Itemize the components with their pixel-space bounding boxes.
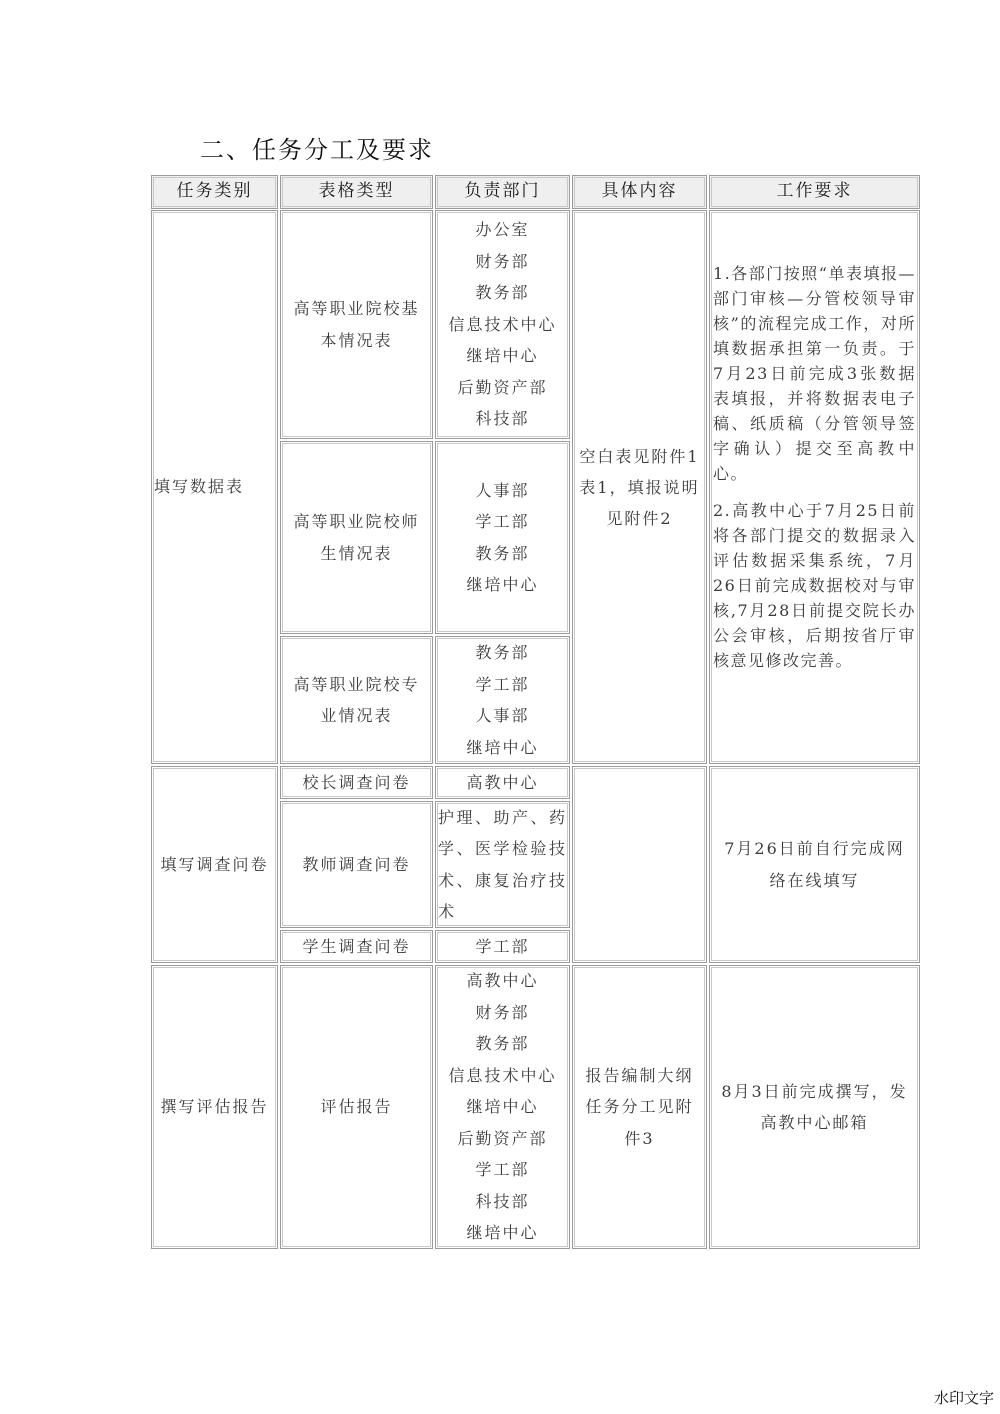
form-cell: 高等职业院校专业情况表 [280,636,433,764]
header-task-category: 任务类别 [151,175,278,209]
watermark-text: 水印文字 [934,1387,994,1408]
content-cell: 空白表见附件1表1，填报说明见附件2 [572,210,707,764]
department-item: 继培中心 [466,1217,538,1249]
department-item: 继培中心 [466,732,538,764]
department-item: 科技部 [475,1186,529,1218]
department-item: 办公室 [475,214,529,246]
header-content: 具体内容 [572,175,707,209]
department-item: 学工部 [475,669,529,701]
department-item: 学工部 [475,1154,529,1186]
department-item: 人事部 [475,475,529,507]
department-item: 继培中心 [466,340,538,372]
content-cell: 报告编制大纲任务分工见附件3 [572,965,707,1249]
department-item: 教务部 [475,1028,529,1060]
category-cell: 填写数据表 [151,210,278,764]
department-item: 教务部 [475,637,529,669]
section-heading: 二、任务分工及要求 [200,130,434,165]
requirement-text: 2.高教中心于7月25日前将各部门提交的数据录入评估数据采集系统，7月26日前完… [713,498,916,673]
form-cell: 校长调查问卷 [280,766,433,799]
department-item: 学工部 [475,506,529,538]
department-item: 继培中心 [466,569,538,601]
department-item: 高教中心 [466,965,538,997]
department-cell: 护理、助产、药学、医学检验技术、康复治疗技术 [435,801,570,928]
department-item: 信息技术中心 [448,309,556,341]
department-item: 财务部 [475,246,529,278]
category-cell: 撰写评估报告 [151,965,278,1249]
content-cell [572,766,707,963]
department-item: 教务部 [475,538,529,570]
department-item: 后勤资产部 [457,372,547,404]
header-form-type: 表格类型 [280,175,433,209]
department-item: 财务部 [475,997,529,1029]
department-item: 继培中心 [466,1091,538,1123]
requirements-cell: 8月3日前完成撰写，发高教中心邮箱 [709,965,920,1249]
header-requirements: 工作要求 [709,175,920,209]
form-cell: 评估报告 [280,965,433,1249]
form-cell: 高等职业院校基本情况表 [280,210,433,439]
requirement-text: 1.各部门按照“单表填报—部门审核—分管校领导审核”的流程完成工作，对所填数据承… [713,261,916,486]
department-cell: 教务部 学工部 人事部 继培中心 [435,636,570,764]
department-item: 教务部 [475,277,529,309]
department-cell: 高教中心 财务部 教务部 信息技术中心 继培中心 后勤资产部 学工部 科技部 继… [435,965,570,1249]
department-cell: 人事部 学工部 教务部 继培中心 [435,441,570,634]
header-department: 负责部门 [435,175,570,209]
form-cell: 高等职业院校师生情况表 [280,441,433,634]
department-cell: 高教中心 [435,766,570,799]
category-cell: 填写调查问卷 [151,766,278,963]
department-item: 人事部 [475,700,529,732]
department-cell: 办公室 财务部 教务部 信息技术中心 继培中心 后勤资产部 科技部 [435,210,570,439]
department-item: 科技部 [475,403,529,435]
form-cell: 教师调查问卷 [280,801,433,928]
requirements-cell: 7月26日前自行完成网络在线填写 [709,766,920,963]
department-item: 信息技术中心 [448,1060,556,1092]
department-cell: 学工部 [435,930,570,963]
requirements-cell: 1.各部门按照“单表填报—部门审核—分管校领导审核”的流程完成工作，对所填数据承… [709,210,920,764]
form-cell: 学生调查问卷 [280,930,433,963]
department-item: 后勤资产部 [457,1123,547,1155]
